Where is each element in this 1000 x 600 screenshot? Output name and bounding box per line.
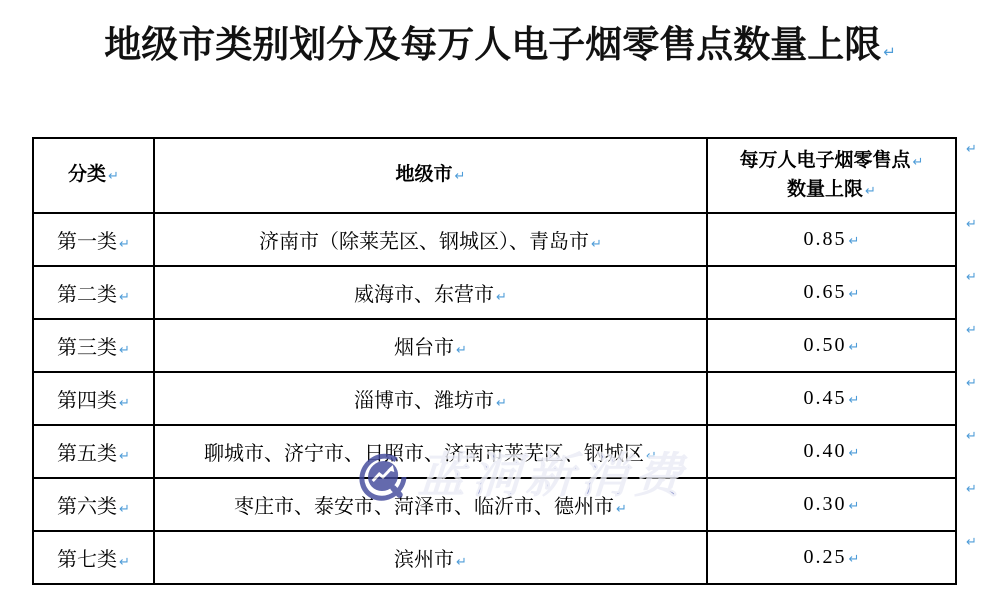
limit-cell: 0.40↵ — [707, 425, 956, 478]
category-cell: 第一类↵ — [33, 213, 154, 266]
row-end-paragraph-mark-icon: ↵ — [966, 429, 977, 444]
row-end-paragraph-mark-icon: ↵ — [966, 217, 977, 232]
cell-text: 0.65 — [804, 281, 847, 303]
paragraph-mark-icon: ↵ — [591, 237, 602, 252]
cities-cell: 济南市（除莱芜区、钢城区）、青岛市↵ — [154, 213, 707, 266]
table-row: 第五类↵聊城市、济宁市、日照市、济南市莱芜区、钢城区↵0.40↵ — [33, 425, 956, 478]
paragraph-mark-icon: ↵ — [119, 343, 130, 358]
cell-text: 第三类 — [57, 337, 117, 359]
header-limit-line2: 数量上限↵ — [712, 176, 951, 205]
table-row: 第二类↵威海市、东营市↵0.65↵ — [33, 266, 956, 319]
header-limit: 每万人电子烟零售点↵ 数量上限↵ — [707, 138, 956, 213]
cell-text: 第六类 — [57, 496, 117, 518]
limit-cell: 0.25↵ — [707, 531, 956, 584]
paragraph-mark-icon: ↵ — [119, 449, 130, 464]
header-text: 地级市 — [396, 164, 453, 185]
classification-table: 分类↵ 地级市↵ 每万人电子烟零售点↵ 数量上限↵ 第一类↵济南市（除莱芜区、钢… — [32, 137, 957, 585]
cell-text: 第二类 — [57, 284, 117, 306]
paragraph-mark-icon: ↵ — [455, 167, 466, 187]
page-title-text: 地级市类别划分及每万人电子烟零售点数量上限 — [104, 24, 881, 65]
page-title: 地级市类别划分及每万人电子烟零售点数量上限↵ — [0, 22, 1000, 68]
cell-text: 0.85 — [804, 228, 847, 250]
header-limit-line1: 每万人电子烟零售点↵ — [712, 147, 951, 176]
paragraph-mark-icon: ↵ — [119, 396, 130, 411]
cell-text: 济南市（除莱芜区、钢城区）、青岛市 — [259, 231, 589, 253]
paragraph-mark-icon: ↵ — [456, 343, 467, 358]
paragraph-mark-icon: ↵ — [849, 499, 860, 514]
paragraph-mark-icon: ↵ — [119, 290, 130, 305]
category-cell: 第六类↵ — [33, 478, 154, 531]
category-cell: 第二类↵ — [33, 266, 154, 319]
paragraph-mark-icon: ↵ — [119, 502, 130, 517]
paragraph-mark-icon: ↵ — [849, 234, 860, 249]
paragraph-mark-icon: ↵ — [119, 237, 130, 252]
paragraph-mark-icon: ↵ — [883, 43, 896, 62]
cell-text: 第四类 — [57, 390, 117, 412]
header-text: 数量上限 — [787, 179, 863, 200]
cell-text: 0.40 — [804, 440, 847, 462]
cell-text: 烟台市 — [394, 337, 454, 359]
category-cell: 第四类↵ — [33, 372, 154, 425]
table-row: 第一类↵济南市（除莱芜区、钢城区）、青岛市↵0.85↵ — [33, 213, 956, 266]
row-end-paragraph-mark-icon: ↵ — [966, 142, 977, 157]
cities-cell: 烟台市↵ — [154, 319, 707, 372]
row-end-paragraph-mark-icon: ↵ — [966, 482, 977, 497]
limit-cell: 0.85↵ — [707, 213, 956, 266]
cities-cell: 聊城市、济宁市、日照市、济南市莱芜区、钢城区↵ — [154, 425, 707, 478]
cell-text: 0.25 — [804, 546, 847, 568]
category-cell: 第三类↵ — [33, 319, 154, 372]
cell-text: 第一类 — [57, 231, 117, 253]
paragraph-mark-icon: ↵ — [456, 555, 467, 570]
cell-text: 威海市、东营市 — [354, 284, 494, 306]
table-row: 第四类↵淄博市、潍坊市↵0.45↵ — [33, 372, 956, 425]
cities-cell: 枣庄市、泰安市、菏泽市、临沂市、德州市↵ — [154, 478, 707, 531]
cell-text: 聊城市、济宁市、日照市、济南市莱芜区、钢城区 — [204, 443, 644, 465]
cell-text: 枣庄市、泰安市、菏泽市、临沂市、德州市 — [234, 496, 614, 518]
paragraph-mark-icon: ↵ — [865, 182, 876, 202]
paragraph-mark-icon: ↵ — [496, 396, 507, 411]
cities-cell: 威海市、东营市↵ — [154, 266, 707, 319]
paragraph-mark-icon: ↵ — [849, 393, 860, 408]
cities-cell: 滨州市↵ — [154, 531, 707, 584]
table-row: 第三类↵烟台市↵0.50↵ — [33, 319, 956, 372]
cell-text: 0.30 — [804, 493, 847, 515]
cell-text: 淄博市、潍坊市 — [354, 390, 494, 412]
row-end-paragraph-mark-icon: ↵ — [966, 323, 977, 338]
header-category: 分类↵ — [33, 138, 154, 213]
paragraph-mark-icon: ↵ — [849, 340, 860, 355]
cell-text: 第五类 — [57, 443, 117, 465]
limit-cell: 0.50↵ — [707, 319, 956, 372]
cities-cell: 淄博市、潍坊市↵ — [154, 372, 707, 425]
table-header-row: 分类↵ 地级市↵ 每万人电子烟零售点↵ 数量上限↵ — [33, 138, 956, 213]
header-text: 分类 — [68, 164, 106, 185]
paragraph-mark-icon: ↵ — [616, 502, 627, 517]
cell-text: 0.50 — [804, 334, 847, 356]
paragraph-mark-icon: ↵ — [496, 290, 507, 305]
paragraph-mark-icon: ↵ — [119, 555, 130, 570]
table-row: 第六类↵枣庄市、泰安市、菏泽市、临沂市、德州市↵0.30↵ — [33, 478, 956, 531]
limit-cell: 0.30↵ — [707, 478, 956, 531]
header-text: 每万人电子烟零售点 — [740, 150, 911, 171]
category-cell: 第七类↵ — [33, 531, 154, 584]
paragraph-mark-icon: ↵ — [913, 153, 924, 173]
cell-text: 0.45 — [804, 387, 847, 409]
paragraph-mark-icon: ↵ — [646, 449, 657, 464]
header-cities: 地级市↵ — [154, 138, 707, 213]
cell-text: 滨州市 — [394, 549, 454, 571]
row-end-paragraph-mark-icon: ↵ — [966, 376, 977, 391]
category-cell: 第五类↵ — [33, 425, 154, 478]
paragraph-mark-icon: ↵ — [849, 446, 860, 461]
paragraph-mark-icon: ↵ — [108, 167, 119, 187]
table-row: 第七类↵滨州市↵0.25↵ — [33, 531, 956, 584]
cell-text: 第七类 — [57, 549, 117, 571]
paragraph-mark-icon: ↵ — [849, 287, 860, 302]
limit-cell: 0.45↵ — [707, 372, 956, 425]
row-end-paragraph-mark-icon: ↵ — [966, 270, 977, 285]
row-end-paragraph-mark-icon: ↵ — [966, 535, 977, 550]
limit-cell: 0.65↵ — [707, 266, 956, 319]
paragraph-mark-icon: ↵ — [849, 552, 860, 567]
